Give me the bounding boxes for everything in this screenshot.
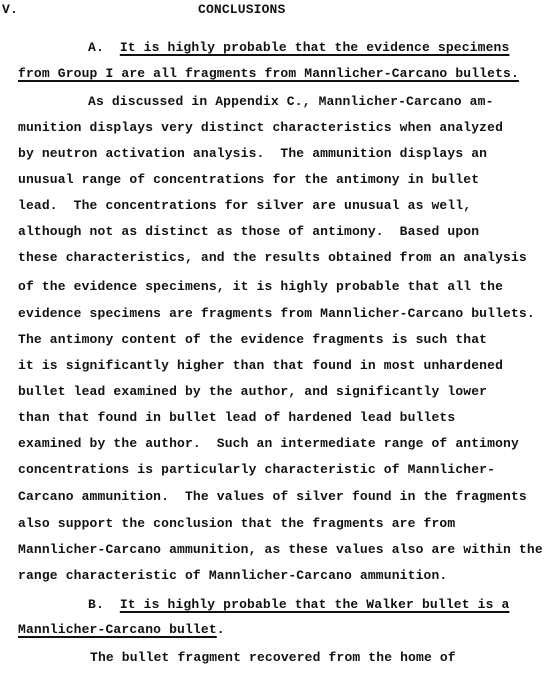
conclusion-a-heading-line1: A. It is highly probable that the eviden… — [88, 40, 509, 56]
conclusion-b-heading-line2: Mannlicher-Carcano bullet. — [18, 622, 225, 638]
conclusion-b-heading-period: . — [217, 622, 225, 637]
conclusion-b-heading-text-2: Mannlicher-Carcano bullet — [18, 622, 217, 637]
paragraph-line: The antimony content of the evidence fra… — [18, 332, 487, 348]
paragraph-line: As discussed in Appendix C., Mannlicher-… — [88, 94, 494, 110]
paragraph-line: of the evidence specimens, it is highly … — [18, 279, 503, 295]
paragraph-line: bullet lead examined by the author, and … — [18, 384, 487, 400]
paragraph-line: than that found in bullet lead of harden… — [18, 410, 455, 426]
paragraph-line: these characteristics, and the results o… — [18, 250, 527, 266]
paragraph-line: examined by the author. Such an intermed… — [18, 436, 519, 452]
conclusion-a-heading-line2: from Group I are all fragments from Mann… — [18, 66, 519, 82]
conclusion-a-heading-text-2: from Group I are all fragments from Mann… — [18, 66, 519, 81]
paragraph-line: it is significantly higher than that fou… — [18, 358, 503, 374]
paragraph-line: unusual range of concentrations for the … — [18, 172, 479, 188]
paragraph-line: Carcano ammunition. The values of silver… — [18, 489, 527, 505]
section-title: CONCLUSIONS — [198, 2, 285, 18]
paragraph-line: by neutron activation analysis. The ammu… — [18, 146, 487, 162]
paragraph-line: range characteristic of Mannlicher-Carca… — [18, 568, 447, 584]
paragraph-line: Mannlicher-Carcano ammunition, as these … — [18, 542, 543, 558]
section-number: V. — [2, 2, 18, 18]
paragraph-line: concentrations is particularly character… — [18, 462, 495, 478]
paragraph-line: lead. The concentrations for silver are … — [18, 198, 471, 214]
paragraph-line: also support the conclusion that the fra… — [18, 516, 455, 532]
paragraph-line: The bullet fragment recovered from the h… — [90, 650, 456, 666]
paragraph-line: although not as distinct as those of ant… — [18, 224, 479, 240]
conclusion-b-heading-text-1: It is highly probable that the Walker bu… — [120, 597, 510, 612]
paragraph-line: munition displays very distinct characte… — [18, 120, 503, 136]
paragraph-line: evidence specimens are fragments from Ma… — [18, 306, 535, 322]
conclusion-a-heading-text-1: It is highly probable that the evidence … — [120, 40, 510, 55]
conclusion-a-label: A. — [88, 40, 104, 55]
conclusion-b-heading-line1: B. It is highly probable that the Walker… — [88, 597, 509, 613]
conclusion-b-label: B. — [88, 597, 104, 612]
